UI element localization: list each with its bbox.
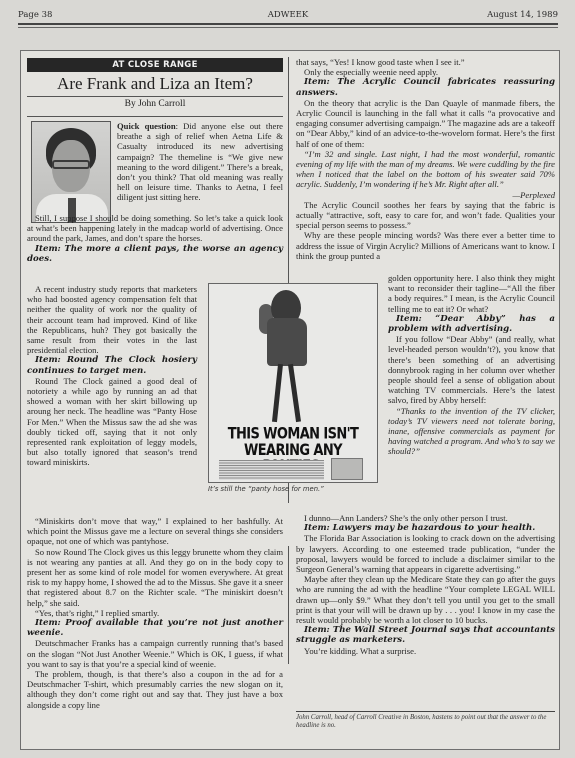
- header-rule: [18, 23, 558, 25]
- section-kicker: AT CLOSE RANGE: [27, 58, 283, 72]
- right-column-narrow: golden opportunity here. I also think th…: [388, 273, 555, 457]
- paragraph: golden opportunity here. I also think th…: [388, 273, 555, 314]
- left-column-narrow: A recent industry study reports that mar…: [27, 284, 197, 468]
- item-heading: Item: “Dear Abby” has a problem with adv…: [388, 314, 555, 334]
- paragraph: that says, “Yes! I know good taste when …: [296, 57, 555, 67]
- paragraph: “Miniskirts don’t move that way,” I expl…: [27, 516, 283, 547]
- paragraph: If you follow “Dear Abby” (and really, w…: [388, 334, 555, 405]
- article-frame: AT CLOSE RANGE Are Frank and Liza an Ite…: [20, 50, 560, 750]
- paragraph: Still, I suppose I should be doing somet…: [27, 213, 283, 244]
- paragraph: So now Round The Clock gives us this leg…: [27, 547, 283, 608]
- paragraph: Why are these people mincing words? Was …: [296, 230, 555, 261]
- author-portrait-icon: [31, 121, 111, 223]
- intro-text: : Did anyone else out there breathe a si…: [117, 121, 283, 202]
- footer-rule: [296, 711, 555, 712]
- paragraph: Deutschmacher Franks has a campaign curr…: [27, 638, 283, 669]
- right-column-section-2: I dunno—Ann Landers? She’s the only othe…: [296, 513, 555, 656]
- intro-paragraph: Quick question: Did anyone else out ther…: [117, 121, 283, 203]
- page-header: Page 38 ADWEEK August 14, 1989: [18, 10, 558, 32]
- paragraph: I dunno—Ann Landers? She’s the only othe…: [296, 513, 555, 523]
- item-heading: Item: The Wall Street Journal says that …: [296, 625, 555, 645]
- paragraph: Round The Clock gained a good deal of no…: [27, 376, 197, 468]
- publication-name: ADWEEK: [18, 10, 558, 20]
- item-heading: Item: Lawyers may be hazardous to your h…: [296, 523, 555, 533]
- byline: By John Carroll: [27, 99, 283, 109]
- item-heading: Item: Proof available that you’re not ju…: [27, 618, 283, 638]
- paragraph: On the theory that acrylic is the Dan Qu…: [296, 98, 555, 149]
- column-divider-lower: [288, 546, 289, 664]
- paragraph: The Acrylic Council soothes her fears by…: [296, 200, 555, 231]
- item-heading: Item: Round The Clock hosiery continues …: [27, 355, 197, 375]
- author-note: John Carroll, head of Carroll Creative i…: [296, 714, 555, 731]
- item-heading: Item: The Acrylic Council fabricates rea…: [296, 77, 555, 97]
- paragraph: The problem, though, is that there’s als…: [27, 669, 283, 710]
- product-package-icon: [331, 458, 363, 480]
- left-column-section-2: “Miniskirts don’t move that way,” I expl…: [27, 516, 283, 710]
- paragraph: Only the especially weenie need apply.: [296, 67, 555, 77]
- quote-signature: —Perplexed: [296, 190, 555, 200]
- right-column-section-1: that says, “Yes! I know good taste when …: [296, 57, 555, 261]
- byline-rule: [27, 116, 283, 117]
- intro-lead: Quick question: [117, 121, 176, 131]
- image-caption: It’s still the “panty hose for men.”: [208, 485, 383, 493]
- item-heading: Item: The more a client pays, the worse …: [27, 244, 283, 264]
- paragraph: Maybe after they clean up the Medicare S…: [296, 574, 555, 625]
- article-headline: Are Frank and Liza an Item?: [27, 74, 283, 94]
- paragraph: The Florida Bar Association is looking t…: [296, 533, 555, 574]
- advertisement-image: THIS WOMAN ISN'T WEARING ANY PANTIES.: [208, 283, 378, 483]
- headline-rule: [27, 96, 283, 97]
- paragraph: A recent industry study reports that mar…: [27, 284, 197, 355]
- ad-body-copy: [219, 460, 324, 480]
- paragraph: You’re kidding. What a surprise.: [296, 646, 555, 656]
- paragraph: “Yes, that’s right,” I replied smartly.: [27, 608, 283, 618]
- left-column-section-1: Still, I suppose I should be doing somet…: [27, 213, 283, 264]
- quoted-letter: “Thanks to the invention of the TV click…: [388, 406, 555, 457]
- quoted-letter: “I’m 32 and single. Last night, I had th…: [296, 149, 555, 190]
- header-rule-thin: [18, 27, 558, 28]
- issue-date: August 14, 1989: [487, 10, 558, 20]
